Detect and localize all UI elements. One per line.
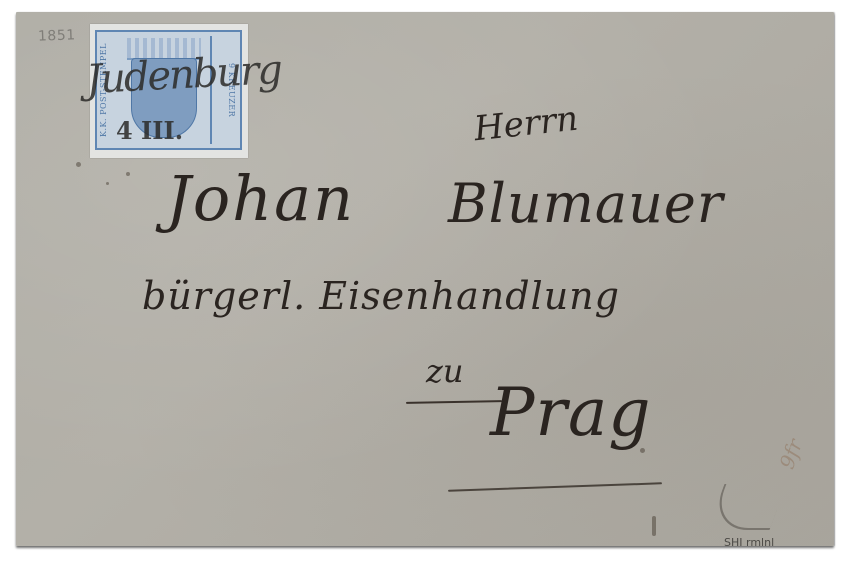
envelope: 1851 K.K. POST-STEMPEL 9 KREUZER Judenbu… (16, 12, 834, 546)
ink-spot (126, 172, 130, 176)
faded-docket-mark: 9fr (774, 436, 807, 472)
address-salutation: Herrn (472, 99, 580, 150)
address-last-name: Blumauer (448, 172, 724, 235)
address-city: Prag (490, 374, 652, 451)
ink-spot (652, 516, 656, 536)
ink-spot (106, 182, 109, 185)
pencil-year-note: 1851 (38, 27, 76, 44)
address-preposition: zu (426, 352, 463, 390)
postmark-town: Judenburg (85, 47, 282, 103)
ink-spot (76, 162, 81, 167)
address-first-name: Johan (166, 162, 355, 235)
pencil-catalog-note: SHI rmlnl (724, 536, 774, 549)
preposition-underline (406, 400, 502, 404)
pencil-scribble (708, 484, 787, 530)
address-occupation: bürgerl. Eisenhandlung (142, 274, 620, 318)
postmark-date: 4 III. (116, 116, 183, 145)
city-underline (448, 482, 662, 491)
